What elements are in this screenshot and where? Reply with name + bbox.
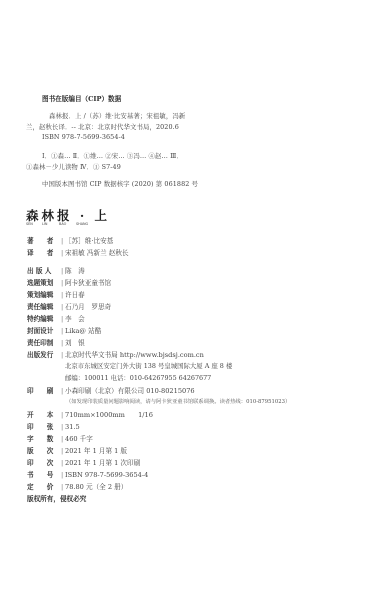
quality-notice: （如发现印装质量问题影响阅读，请与阿卡狄亚童书馆联系调换。读者热线：010-87… [66,397,290,405]
credit-value: ［苏］维·比安基 [65,235,113,245]
spec-printing: 印 次 | 2021 年 1 月第 1 次印刷 [27,457,140,467]
book-title-pinyin: SENLINBAOSHANG [26,222,88,226]
credit-label: 出版发行 [27,349,61,359]
spec-price: 定 价 | 78.80 元（全 2 册） [27,481,127,491]
credit-label: 封面设计 [27,325,61,335]
credit-translator: 译 者 | 宋祖敏 冯新兰 赵秋长 [27,247,129,257]
pinyin-syllable: LIN [42,222,59,226]
spec-label: 印 张 [27,421,61,431]
printing-company: 印 刷 | 小森印刷（北京）有限公司 010-80215076 [27,385,195,395]
credit-value: Lika@ 站酷 [65,325,101,335]
spec-label: 字 数 [27,433,61,443]
credit-planning-editor: 策划编辑 | 许日春 [27,289,85,299]
spec-label: 书 号 [27,469,61,479]
credit-label: 策划编辑 [27,289,61,299]
credit-contract-editor: 特约编辑 | 李 会 [27,313,85,323]
spec-label: 版 次 [27,445,61,455]
credit-print-supervisor: 责任印制 | 刘 银 [27,337,85,347]
spec-value: 2021 年 1 月第 1 版 [65,445,127,455]
spec-label: 定 价 [27,481,61,491]
cip-heading: 图书在版编目（CIP）数据 [42,93,121,103]
spec-sheets: 印 张 | 31.5 [27,421,80,431]
cip-isbn: ISBN 978-7-5699-3654-4 [42,133,125,141]
spec-label: 开 本 [27,409,61,419]
credit-label: 著 者 [27,235,61,245]
spec-word-count: 字 数 | 460 千字 [27,433,93,443]
credit-value: 刘 银 [65,337,85,347]
publisher-address: 北京市东城区安定门外大街 138 号皇城国际大厦 A 座 8 楼 [65,361,232,370]
copyright-notice: 版权所有，侵权必究 [27,493,86,503]
credit-label: 译 者 [27,247,61,257]
spec-value: 78.80 元（全 2 册） [65,481,127,491]
credit-publisher-person: 出 版 人 | 陈 涛 [27,265,85,275]
publisher-contact: 邮编：100011 电话：010-64267955 64267677 [65,373,211,382]
credit-value: 北京时代华文书局 http://www.bjsdsj.com.cn [65,349,204,359]
spec-value: 31.5 [65,423,80,431]
credit-value: 李 会 [65,313,85,323]
pinyin-syllable: SHANG [76,222,88,226]
spec-edition: 版 次 | 2021 年 1 月第 1 版 [27,445,127,455]
spec-value: 2021 年 1 月第 1 次印刷 [65,457,140,467]
pinyin-syllable: SEN [26,222,42,226]
cip-classification: ①森林－少儿读物 Ⅳ．① S7-49 [26,162,121,171]
cip-record-number: 中国版本图书馆 CIP 数据核字 (2020) 第 061882 号 [42,179,198,188]
credit-label: 出 版 人 [27,265,61,275]
credit-cover-design: 封面设计 | Lika@ 站酷 [27,325,101,335]
credit-label: 特约编辑 [27,313,61,323]
credit-label: 责任印制 [27,337,61,347]
credit-value: 陈 涛 [65,265,85,275]
spec-value: 710mm×1000mm 1/16 [65,409,153,419]
cip-line: 森林报．上 /（苏）维·比安基著；宋祖敏，冯新 [49,111,185,120]
printing-label: 印 刷 [27,385,61,395]
spec-value: ISBN 978-7-5699-3654-4 [65,471,148,479]
spec-isbn: 书 号 | ISBN 978-7-5699-3654-4 [27,469,148,479]
pinyin-syllable: BAO [59,222,76,226]
credit-responsible-editor: 责任编辑 | 石乃月 罗思奇 [27,301,111,311]
credit-value: 阿卡狄亚童书馆 [65,277,111,287]
credit-distribution: 出版发行 | 北京时代华文书局 http://www.bjsdsj.com.cn [27,349,204,359]
spec-label: 印 次 [27,457,61,467]
printing-value: 小森印刷（北京）有限公司 010-80215076 [65,385,195,395]
credit-value: 宋祖敏 冯新兰 赵秋长 [65,247,129,257]
credit-value: 许日春 [65,289,85,299]
spec-format: 开 本 | 710mm×1000mm 1/16 [27,409,153,419]
cip-classification: Ⅰ．①森… Ⅱ．①维… ②宋… ③冯… ④赵… Ⅲ． [42,151,183,160]
cip-line: 兰，赵秋长译．-- 北京：北京时代华文书局，2020.6 [26,122,179,131]
credit-value: 石乃月 罗思奇 [65,301,111,311]
spec-value: 460 千字 [65,433,93,443]
credit-label: 责任编辑 [27,301,61,311]
credit-planning: 选题策划 | 阿卡狄亚童书馆 [27,277,111,287]
credit-label: 选题策划 [27,277,61,287]
credit-author: 著 者 | ［苏］维·比安基 [27,235,113,245]
